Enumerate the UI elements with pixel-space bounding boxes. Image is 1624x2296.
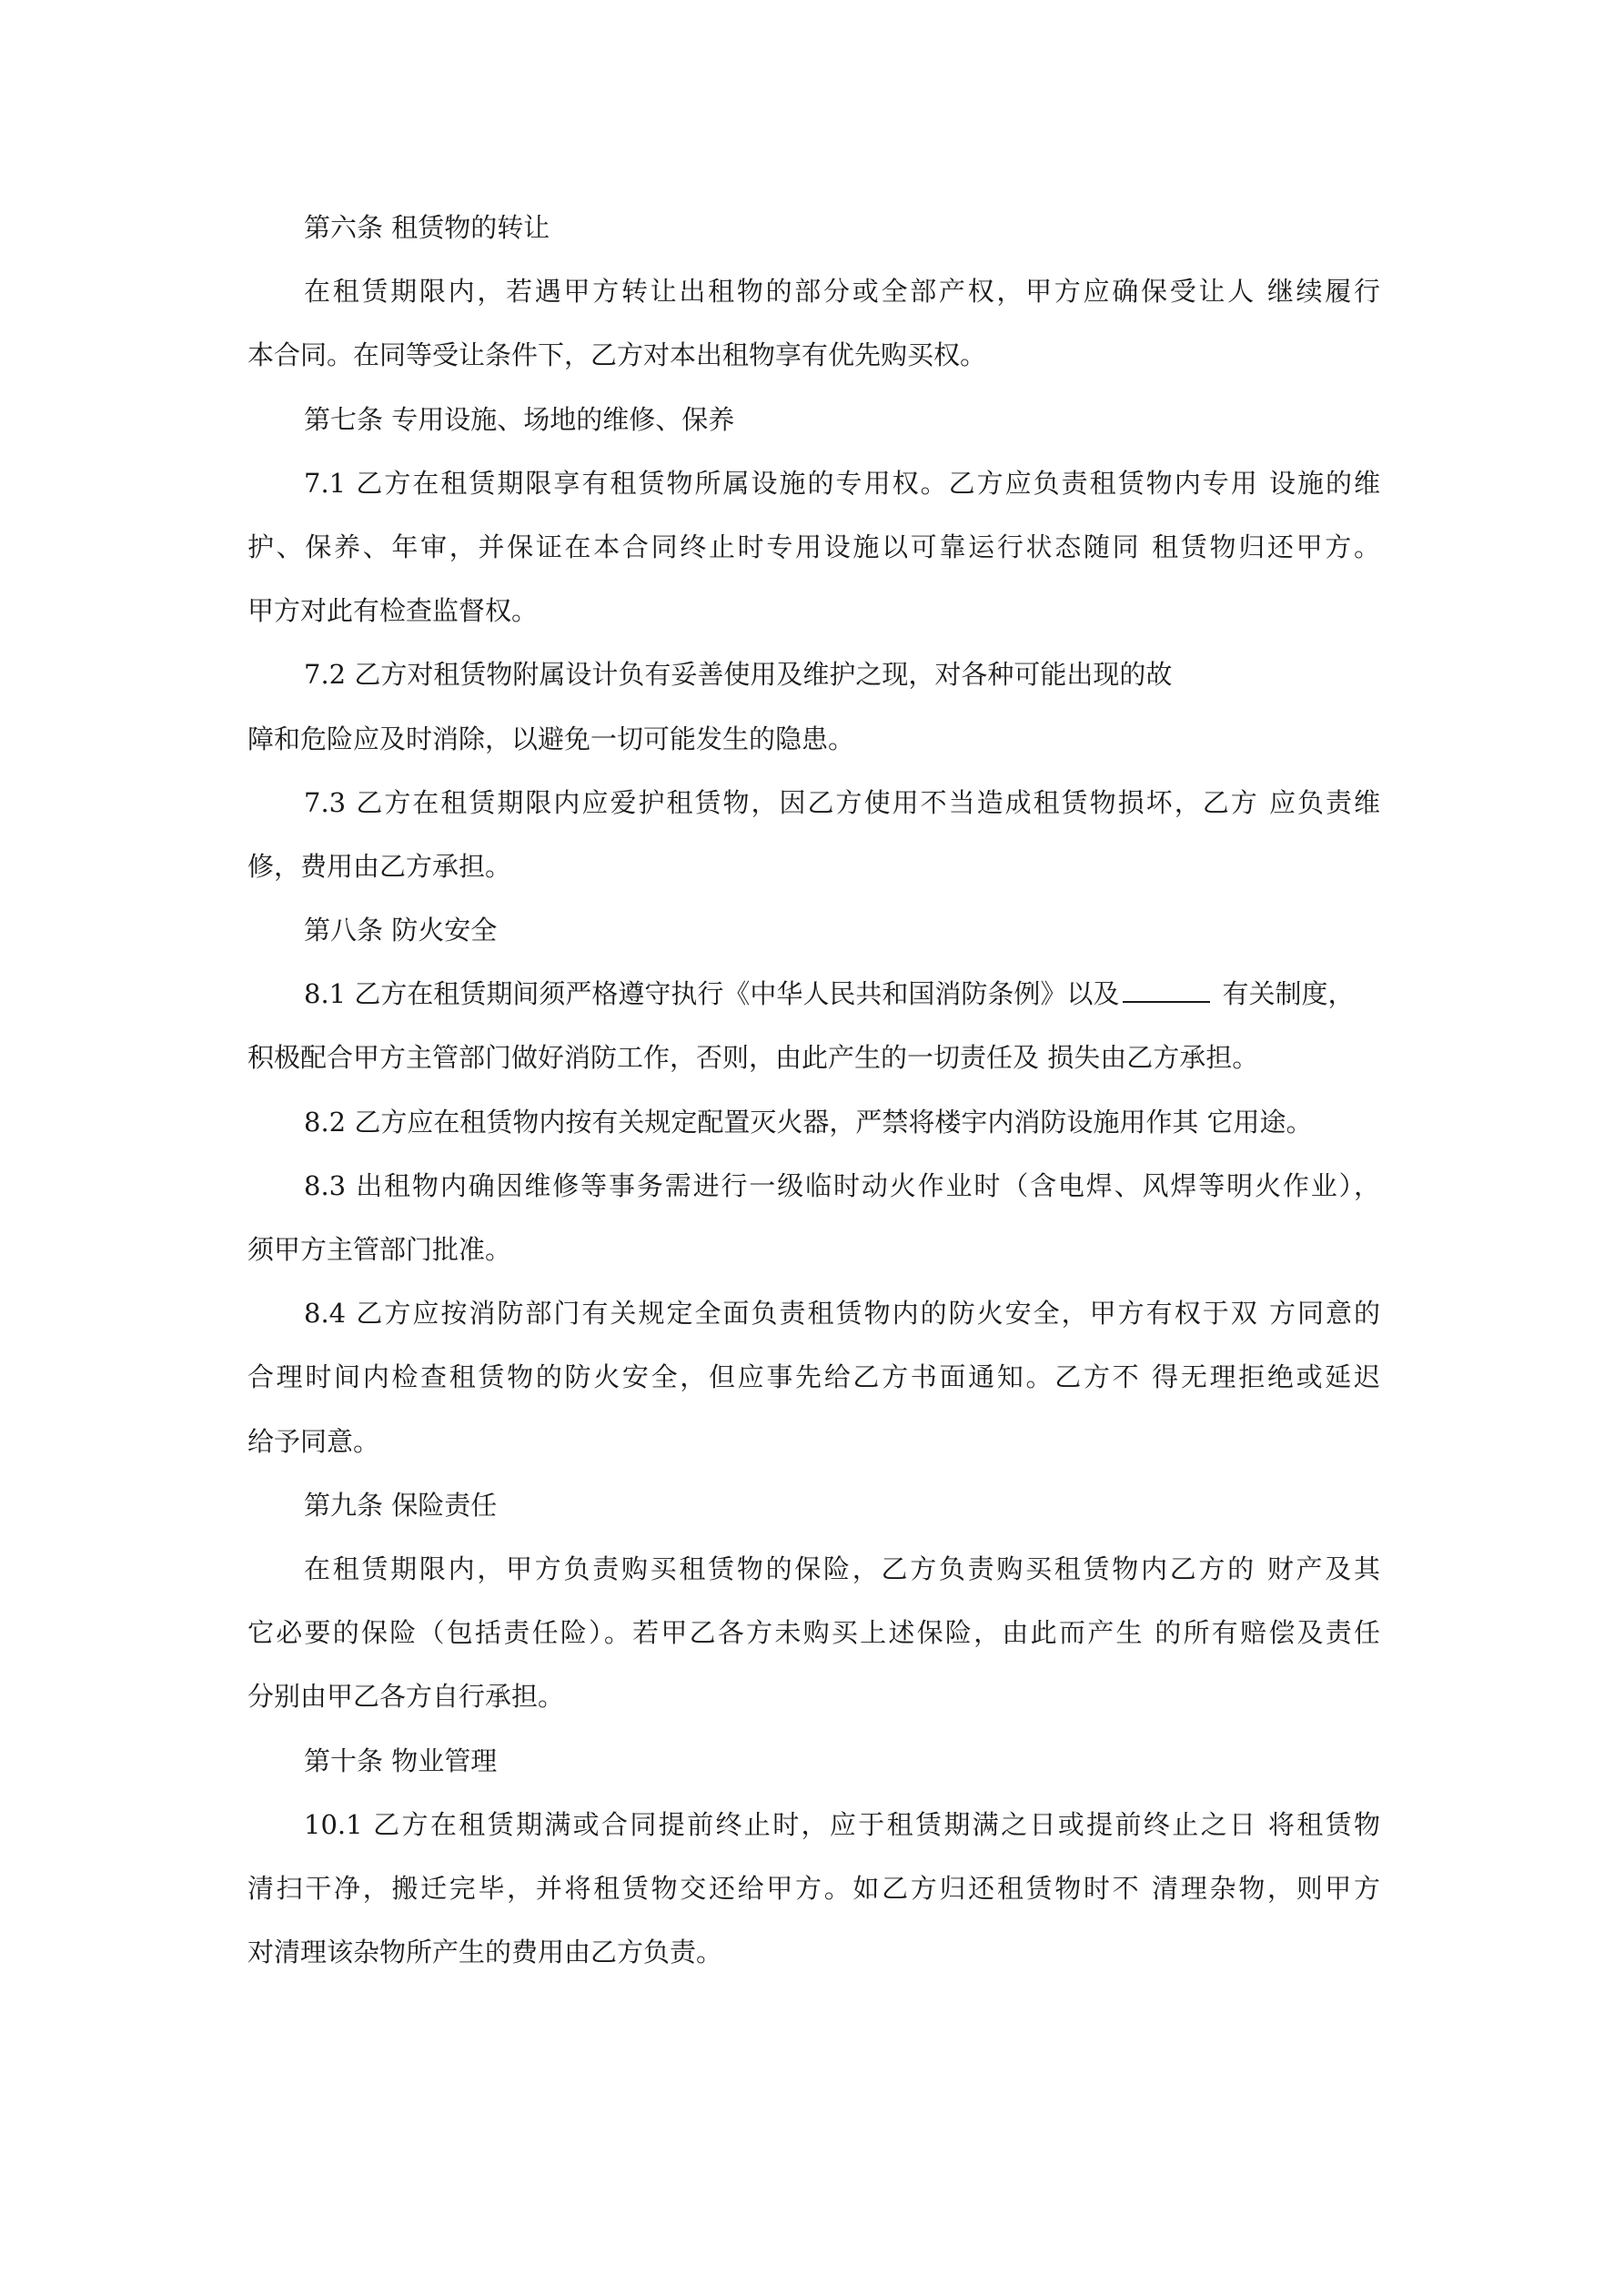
paragraph-line: 清扫干净，搬迁完毕，并将租赁物交还给甲方。如乙方归还租赁物时不 清理杂物，则甲方 xyxy=(247,1856,1380,1920)
paragraph-line: 分别由甲乙各方自行承担。 xyxy=(247,1664,1380,1728)
paragraph-line: 合理时间内检查租赁物的防火安全，但应事先给乙方书面通知。乙方不 得无理拒绝或延迟 xyxy=(247,1345,1380,1409)
document-body: 第六条 租赁物的转让 在租赁期限内，若遇甲方转让出租物的部分或全部产权，甲方应确… xyxy=(247,196,1380,1984)
paragraph-line: 7.2 乙方对租赁物附属设计负有妥善使用及维护之现，对各种可能出现的故 xyxy=(247,642,1380,706)
paragraph-text: 有关制度， xyxy=(1214,978,1354,1009)
paragraph-line: 10.1 乙方在租赁期满或合同提前终止时，应于租赁期满之日或提前终止之日 将租赁… xyxy=(247,1793,1380,1856)
fill-in-blank xyxy=(1123,977,1210,1003)
paragraph-line: 7.3 乙方在租赁期限内应爱护租赁物，因乙方使用不当造成租赁物损坏，乙方 应负责… xyxy=(247,771,1380,834)
paragraph-line: 护、保养、年审，并保证在本合同终止时专用设施以可靠运行状态随同 租赁物归还甲方。 xyxy=(247,515,1380,579)
paragraph-line: 8.4 乙方应按消防部门有关规定全面负责租赁物内的防火安全，甲方有权于双 方同意… xyxy=(247,1281,1380,1345)
paragraph-line: 修，费用由乙方承担。 xyxy=(247,834,1380,898)
paragraph-text: 8.1 乙方在租赁期间须严格遵守执行《中华人民共和国消防条例》以及 xyxy=(304,978,1119,1009)
paragraph-line: 甲方对此有检查监督权。 xyxy=(247,579,1380,642)
paragraph-line: 8.3 出租物内确因维修等事务需进行一级临时动火作业时（含电焊、风焊等明火作业）… xyxy=(247,1154,1380,1218)
paragraph-line: 它必要的保险（包括责任险）。若甲乙各方未购买上述保险，由此而产生 的所有赔偿及责… xyxy=(247,1601,1380,1664)
paragraph-line: 在租赁期限内，甲方负责购买租赁物的保险，乙方负责购买租赁物内乙方的 财产及其 xyxy=(247,1537,1380,1601)
paragraph-line: 8.2 乙方应在租赁物内按有关规定配置灭火器，严禁将楼宇内消防设施用作其 它用途… xyxy=(247,1090,1380,1154)
paragraph-line: 给予同意。 xyxy=(247,1410,1380,1473)
paragraph-line: 积极配合甲方主管部门做好消防工作，否则，由此产生的一切责任及 损失由乙方承担。 xyxy=(247,1026,1380,1089)
paragraph-line: 对清理该杂物所产生的费用由乙方负责。 xyxy=(247,1920,1380,1984)
section-heading-6: 第六条 租赁物的转让 xyxy=(247,196,1380,259)
paragraph-line: 在租赁期限内，若遇甲方转让出租物的部分或全部产权，甲方应确保受让人 继续履行 xyxy=(247,259,1380,323)
paragraph-line: 障和危险应及时消除，以避免一切可能发生的隐患。 xyxy=(247,707,1380,771)
section-heading-9: 第九条 保险责任 xyxy=(247,1473,1380,1537)
paragraph-line: 须甲方主管部门批准。 xyxy=(247,1218,1380,1281)
paragraph-line: 7.1 乙方在租赁期限享有租赁物所属设施的专用权。乙方应负责租赁物内专用 设施的… xyxy=(247,451,1380,515)
section-heading-10: 第十条 物业管理 xyxy=(247,1729,1380,1793)
paragraph-line-with-blank: 8.1 乙方在租赁期间须严格遵守执行《中华人民共和国消防条例》以及 有关制度， xyxy=(247,962,1380,1026)
document-page: 第六条 租赁物的转让 在租赁期限内，若遇甲方转让出租物的部分或全部产权，甲方应确… xyxy=(0,0,1624,2296)
section-heading-7: 第七条 专用设施、场地的维修、保养 xyxy=(247,388,1380,451)
section-heading-8: 第八条 防火安全 xyxy=(247,898,1380,962)
paragraph-line: 本合同。在同等受让条件下，乙方对本出租物享有优先购买权。 xyxy=(247,323,1380,387)
